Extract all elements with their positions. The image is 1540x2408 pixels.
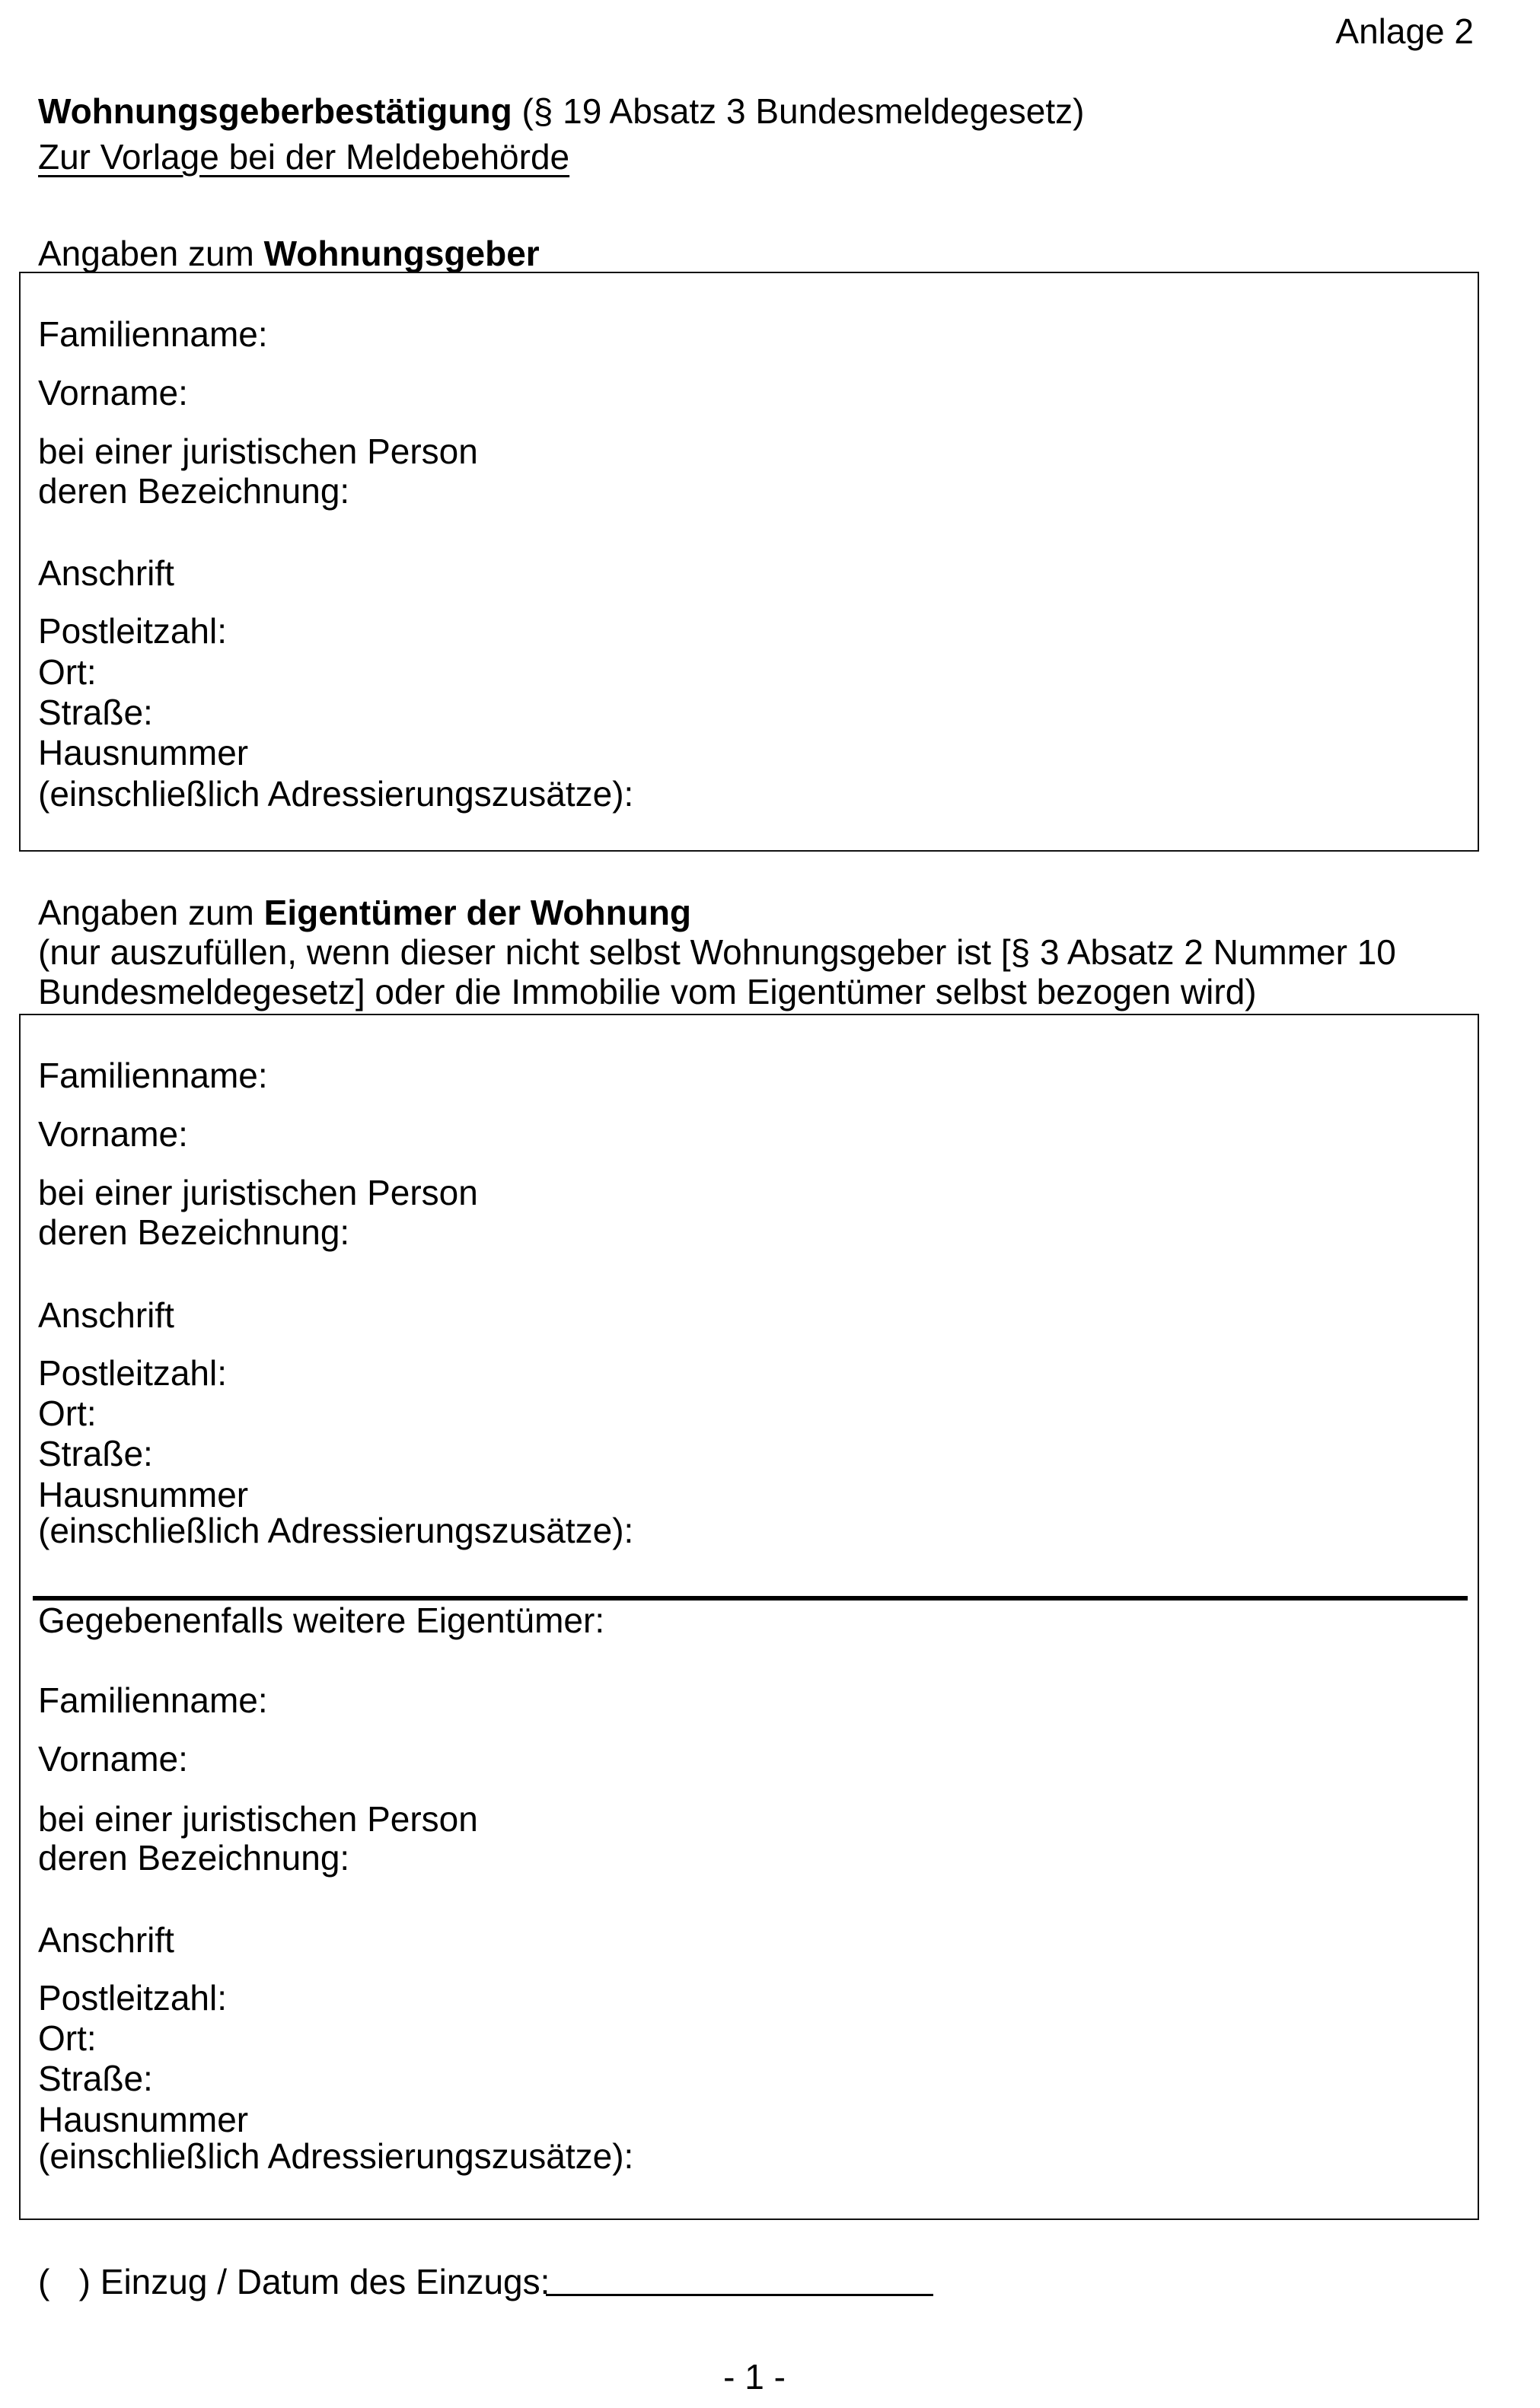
additional-owner-city-field[interactable]: Ort: bbox=[38, 2021, 97, 2056]
section-owner-heading: Angaben zum Eigentümer der Wohnung bbox=[38, 895, 691, 930]
owner-legal-entity-label: bei einer juristischen Person bbox=[38, 1175, 478, 1210]
owner-house-number-field[interactable]: (einschließlich Adressierungszusätze): bbox=[38, 1513, 633, 1548]
annex-label: Anlage 2 bbox=[1335, 14, 1474, 49]
owner-legal-entity-field[interactable]: deren Bezeichnung: bbox=[38, 1215, 349, 1250]
additional-owner-legal-entity-field[interactable]: deren Bezeichnung: bbox=[38, 1840, 349, 1875]
additional-owner-address-label: Anschrift bbox=[38, 1922, 174, 1957]
owner-family-name-field[interactable]: Familienname: bbox=[38, 1058, 268, 1093]
move-in-date-field[interactable] bbox=[546, 2294, 933, 2296]
page-number: - 1 - bbox=[0, 2359, 1509, 2394]
additional-owner-first-name-field[interactable]: Vorname: bbox=[38, 1741, 188, 1776]
additional-owners-label: Gegebenenfalls weitere Eigentümer: bbox=[38, 1603, 604, 1638]
additional-owner-family-name-field[interactable]: Familienname: bbox=[38, 1683, 268, 1718]
section-landlord-heading: Angaben zum Wohnungsgeber bbox=[38, 236, 540, 271]
page-title-legal-ref: (§ 19 Absatz 3 Bundesmeldegesetz) bbox=[512, 91, 1085, 131]
owner-postal-code-field[interactable]: Postleitzahl: bbox=[38, 1355, 227, 1390]
owner-city-field[interactable]: Ort: bbox=[38, 1396, 97, 1431]
page-title: Wohnungsgeberbestätigung (§ 19 Absatz 3 … bbox=[38, 94, 1084, 129]
additional-owner-legal-entity-label: bei einer juristischen Person bbox=[38, 1801, 478, 1836]
heading-prefix: Angaben zum bbox=[38, 234, 264, 273]
landlord-city-field[interactable]: Ort: bbox=[38, 655, 97, 690]
heading-prefix: Angaben zum bbox=[38, 893, 264, 932]
owner-street-field[interactable]: Straße: bbox=[38, 1436, 153, 1471]
heading-bold: Eigentümer der Wohnung bbox=[264, 893, 691, 932]
heading-bold: Wohnungsgeber bbox=[264, 234, 540, 273]
subtitle: Zur Vorlage bei der Meldebehörde bbox=[38, 139, 569, 174]
landlord-house-number-field[interactable]: (einschließlich Adressierungszusätze): bbox=[38, 776, 633, 811]
additional-owner-house-number-field[interactable]: (einschließlich Adressierungszusätze): bbox=[38, 2139, 633, 2174]
move-in-checkbox[interactable]: ( ) bbox=[38, 2262, 91, 2301]
owner-house-number-label: Hausnummer bbox=[38, 1477, 248, 1512]
landlord-postal-code-field[interactable]: Postleitzahl: bbox=[38, 613, 227, 648]
page-title-bold: Wohnungsgeberbestätigung bbox=[38, 91, 512, 131]
owner-first-name-field[interactable]: Vorname: bbox=[38, 1116, 188, 1151]
owner-address-label: Anschrift bbox=[38, 1298, 174, 1333]
landlord-house-number-label: Hausnummer bbox=[38, 735, 248, 770]
owner-note-line-2: Bundesmeldegesetz] oder die Immobilie vo… bbox=[38, 974, 1257, 1009]
landlord-address-label: Anschrift bbox=[38, 556, 174, 591]
move-in-label: Einzug / Datum des Einzugs: bbox=[100, 2262, 550, 2301]
additional-owner-street-field[interactable]: Straße: bbox=[38, 2061, 153, 2096]
landlord-legal-entity-label: bei einer juristischen Person bbox=[38, 434, 478, 469]
move-in-row: ( ) Einzug / Datum des Einzugs: bbox=[38, 2264, 550, 2299]
landlord-family-name-field[interactable]: Familienname: bbox=[38, 317, 268, 352]
landlord-first-name-field[interactable]: Vorname: bbox=[38, 375, 188, 410]
owner-note-line-1: (nur auszufüllen, wenn dieser nicht selb… bbox=[38, 935, 1396, 970]
additional-owner-house-number-label: Hausnummer bbox=[38, 2102, 248, 2137]
landlord-street-field[interactable]: Straße: bbox=[38, 695, 153, 730]
landlord-legal-entity-field[interactable]: deren Bezeichnung: bbox=[38, 473, 349, 508]
additional-owner-postal-code-field[interactable]: Postleitzahl: bbox=[38, 1980, 227, 2015]
